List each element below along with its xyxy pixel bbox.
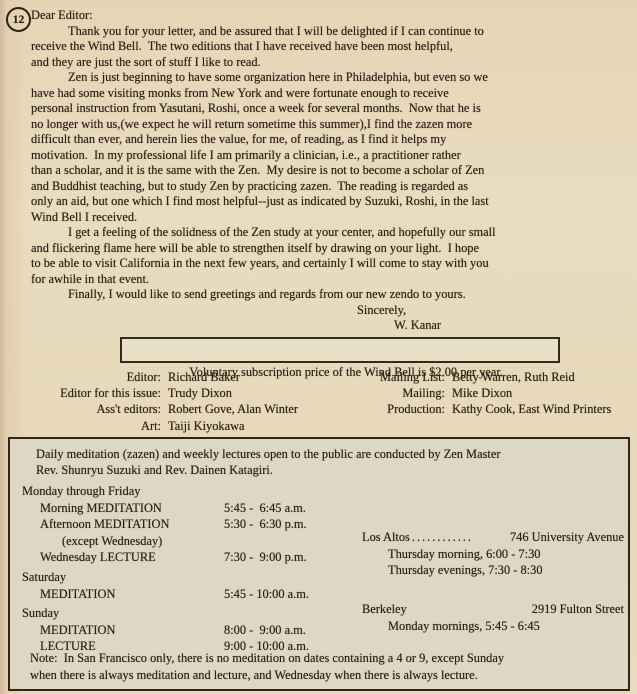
- page-number-badge: 12: [6, 7, 31, 32]
- letter-line: and they are just the sort of stuff I li…: [31, 55, 631, 71]
- spacer: [407, 601, 532, 618]
- credit-label: Art:: [33, 418, 168, 434]
- credit-label: Editor for this issue:: [33, 385, 168, 401]
- schedule-event-time: 5:30 - 6:30 p.m.: [224, 516, 307, 533]
- credit-label: Mailing List:: [342, 369, 452, 385]
- los-altos-schedule: Los Altos ............ 746 University Av…: [362, 529, 624, 579]
- credit-row: Production: Kathy Cook, East Wind Printe…: [342, 401, 634, 417]
- schedule-intro-line: Rev. Shunryu Suzuki and Rev. Dainen Kata…: [36, 462, 611, 478]
- schedule-row: Afternoon MEDITATION 5:30 - 6:30 p.m.: [22, 516, 352, 533]
- letter-line: Finally, I would like to send greetings …: [31, 287, 631, 303]
- credit-row: Mailing: Mike Dixon: [342, 385, 634, 401]
- letter-line: difficult than ever, and herein lies the…: [31, 132, 631, 148]
- location-heading: Berkeley 2919 Fulton Street: [362, 601, 624, 618]
- letter-line: Thank you for your letter, and be assure…: [31, 24, 631, 40]
- schedule-event-label: MEDITATION: [22, 622, 224, 639]
- letter-salutation: Dear Editor:: [31, 8, 631, 24]
- credit-value: Mike Dixon: [452, 385, 512, 401]
- schedule-event-time: 7:30 - 9:00 p.m.: [224, 549, 307, 566]
- schedule-event-label: Morning MEDITATION: [22, 500, 224, 517]
- letter-line: and flickering flame here will be able t…: [31, 241, 631, 257]
- letter-line: and Buddhist teaching, but to study Zen …: [31, 179, 631, 195]
- meditation-schedule-box: Daily meditation (zazen) and weekly lect…: [8, 437, 630, 691]
- location-time: Monday mornings, 5:45 - 6:45: [362, 618, 624, 635]
- credit-value: Taiji Kiyokawa: [168, 418, 245, 434]
- letter-to-editor: Dear Editor: Thank you for your letter, …: [31, 8, 631, 334]
- schedule-event-time: 5:45 - 6:45 a.m.: [224, 500, 306, 517]
- credit-label: Mailing:: [342, 385, 452, 401]
- schedule-row: Wednesday LECTURE 7:30 - 9:00 p.m.: [22, 549, 352, 566]
- schedule-exception-note: (except Wednesday): [22, 533, 352, 550]
- location-name: Berkeley: [362, 601, 407, 618]
- schedule-event-time: 5:45 - 10:00 a.m.: [224, 586, 309, 603]
- page-number: 12: [13, 14, 25, 26]
- schedule-event-label: MEDITATION: [22, 586, 224, 603]
- credit-value: Robert Gove, Alan Winter: [168, 401, 298, 417]
- credits-production-group: Mailing List: Betty Warren, Ruth Reid Ma…: [342, 369, 634, 418]
- schedule-day-heading: Monday through Friday: [22, 483, 352, 500]
- schedule-intro-line: Daily meditation (zazen) and weekly lect…: [36, 446, 611, 462]
- location-time: Thursday morning, 6:00 - 7:30: [362, 546, 624, 563]
- schedule-row: MEDITATION 8:00 - 9:00 a.m.: [22, 622, 352, 639]
- credit-label: Production:: [342, 401, 452, 417]
- subscription-notice-box: Voluntary subscription price of the Wind…: [120, 337, 560, 363]
- credit-label: Ass't editors:: [33, 401, 168, 417]
- location-name: Los Altos: [362, 529, 410, 546]
- dotted-leader: ............: [410, 529, 510, 546]
- credit-row: Art: Taiji Kiyokawa: [33, 418, 338, 434]
- letter-line: motivation. In my professional life I am…: [31, 148, 631, 164]
- schedule-event-label: Afternoon MEDITATION: [22, 516, 224, 533]
- letter-line: to be able to visit California in the ne…: [31, 256, 631, 272]
- location-time: Thursday evenings, 7:30 - 8:30: [362, 562, 624, 579]
- letter-line: personal instruction from Yasutani, Rosh…: [31, 101, 631, 117]
- berkeley-schedule: Berkeley 2919 Fulton Street Monday morni…: [362, 601, 624, 634]
- schedule-event-time: 8:00 - 9:00 a.m.: [224, 622, 306, 639]
- letter-line: than a scholar, and it is the same with …: [31, 163, 631, 179]
- schedule-day-heading: Saturday: [22, 569, 352, 586]
- schedule-day-heading: Sunday: [22, 605, 352, 622]
- schedule-row: Morning MEDITATION 5:45 - 6:45 a.m.: [22, 500, 352, 517]
- san-francisco-schedule: Monday through Friday Morning MEDITATION…: [22, 483, 352, 655]
- credit-label: Editor:: [33, 369, 168, 385]
- letter-line: have had some visiting monks from New Yo…: [31, 86, 631, 102]
- schedule-note-line: when there is always meditation and lect…: [30, 667, 615, 684]
- letter-line: I get a feeling of the solidness of the …: [31, 225, 631, 241]
- credit-value: Kathy Cook, East Wind Printers: [452, 401, 611, 417]
- letter-line: receive the Wind Bell. The two editions …: [31, 39, 631, 55]
- credit-row: Editor: Richard Baker: [33, 369, 338, 385]
- schedule-row: MEDITATION 5:45 - 10:00 a.m.: [22, 586, 352, 603]
- credit-value: Richard Baker: [168, 369, 240, 385]
- newsletter-page: 12 Dear Editor: Thank you for your lette…: [0, 0, 637, 694]
- schedule-event-label: Wednesday LECTURE: [22, 549, 224, 566]
- location-address: 746 University Avenue: [510, 529, 624, 546]
- letter-line: Zen is just beginning to have some organ…: [31, 70, 631, 86]
- letter-line: for awhile in that event.: [31, 272, 631, 288]
- schedule-note: Note: In San Francisco only, there is no…: [30, 650, 615, 683]
- schedule-note-line: Note: In San Francisco only, there is no…: [30, 650, 615, 667]
- credit-row: Ass't editors: Robert Gove, Alan Winter: [33, 401, 338, 417]
- letter-line: no longer with us,(we expect he will ret…: [31, 117, 631, 133]
- credit-row: Editor for this issue: Trudy Dixon: [33, 385, 338, 401]
- credits-editorial-group: Editor: Richard Baker Editor for this is…: [33, 369, 338, 434]
- letter-line: only an aid, but one which I find most h…: [31, 194, 631, 210]
- location-heading: Los Altos ............ 746 University Av…: [362, 529, 624, 546]
- letter-line: Wind Bell I received.: [31, 210, 631, 226]
- credit-row: Mailing List: Betty Warren, Ruth Reid: [342, 369, 634, 385]
- letter-closing: Sincerely,: [31, 303, 631, 319]
- credit-value: Trudy Dixon: [168, 385, 232, 401]
- credits-section: Editor: Richard Baker Editor for this is…: [0, 369, 637, 435]
- schedule-intro: Daily meditation (zazen) and weekly lect…: [36, 446, 611, 479]
- credit-value: Betty Warren, Ruth Reid: [452, 369, 575, 385]
- letter-signature: W. Kanar: [31, 318, 631, 334]
- location-address: 2919 Fulton Street: [532, 601, 624, 618]
